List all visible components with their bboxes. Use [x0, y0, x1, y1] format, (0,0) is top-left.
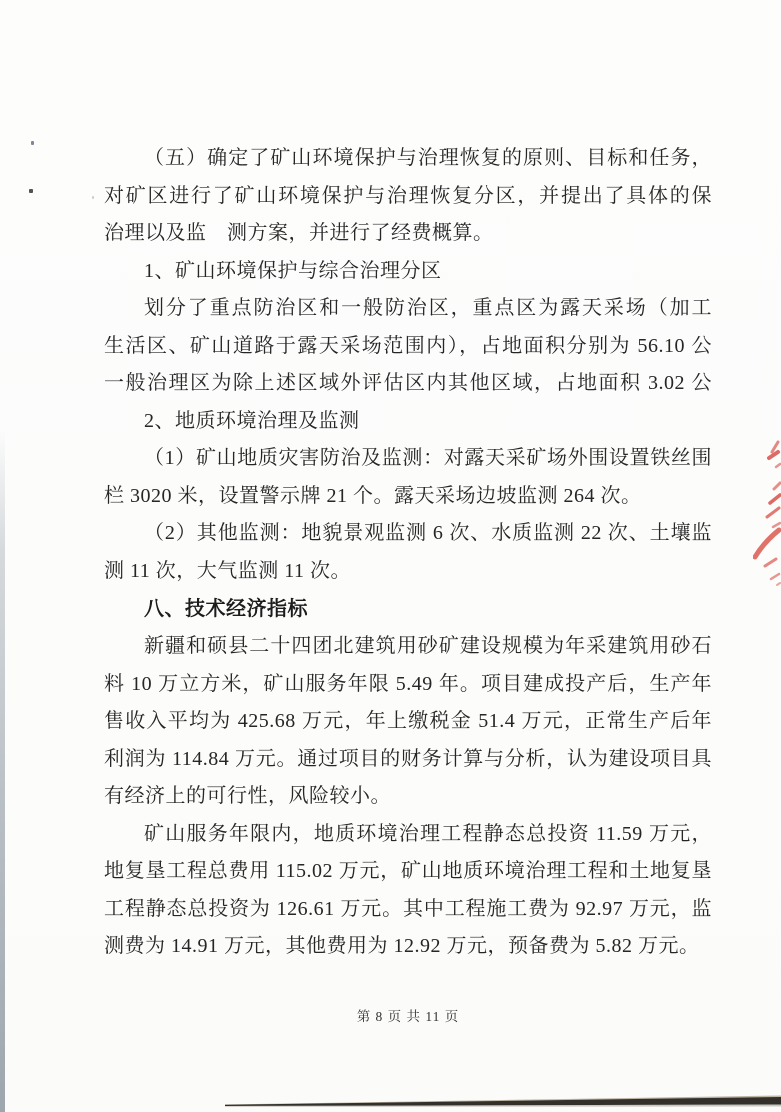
scan-dust-speck: [31, 141, 34, 145]
text-line: （1）矿山地质灾害防治及监测：对露天采矿场外围设置铁丝围: [104, 440, 712, 478]
text-line: 利润为 114.84 万元。通过项目的财务计算与分析，认为建设项目具: [104, 741, 712, 779]
scan-edge-bottom-wedge: [225, 1094, 781, 1112]
text-line: （2）其他监测：地貌景观监测 6 次、水质监测 22 次、土壤监: [104, 515, 712, 553]
text-line: 工程静态总投资为 126.61 万元。其中工程施工费为 92.97 万元，监: [104, 891, 712, 929]
section-heading: 1、矿山环境保护与综合治理分区: [104, 253, 712, 291]
text-line: 测费为 14.91 万元，其他费用为 12.92 万元，预备费为 5.82 万元…: [104, 928, 712, 966]
text-line: 售收入平均为 425.68 万元，年上缴税金 51.4 万元，正常生产后年净: [104, 703, 712, 741]
page-number: 第 8 页 共 11 页: [104, 1005, 712, 1025]
text-line: 地复垦工程总费用 115.02 万元，矿山地质环境治理工程和土地复垦: [104, 853, 712, 891]
red-stamp-seal-fragment: [753, 433, 781, 589]
text-line: 栏 3020 米，设置警示牌 21 个。露天采场边坡监测 264 次。: [104, 478, 712, 516]
text-line: 一般治理区为除上述区域外评估区内其他区域，占地面积 3.02 公顷。: [104, 365, 712, 403]
text-line: 对矿区进行了矿山环境保护与治理恢复分区，并提出了具体的保护、: [104, 178, 712, 216]
text-line: 料 10 万立方米，矿山服务年限 5.49 年。项目建成投产后，生产年销: [104, 666, 712, 704]
text-line: 治理以及监 测方案，并进行了经费概算。: [104, 215, 712, 253]
scan-edge-left-strip: [0, 428, 5, 1112]
scan-dust-speck: [92, 196, 94, 199]
scanned-document-page: （五）确定了矿山环境保护与治理恢复的原则、目标和任务， 对矿区进行了矿山环境保护…: [0, 0, 781, 1112]
text-line: 生活区、矿山道路于露天采场范围内），占地面积分别为 56.10 公顷。: [104, 328, 712, 366]
text-line: 新疆和硕县二十四团北建筑用砂矿建设规模为年采建筑用砂石: [104, 628, 712, 666]
text-line: 有经济上的可行性，风险较小。: [104, 778, 712, 816]
chapter-heading: 八、技术经济指标: [104, 591, 712, 629]
scan-dust-speck: [29, 189, 33, 193]
text-line: 划分了重点防治区和一般防治区，重点区为露天采场（加工区、: [104, 290, 712, 328]
document-body: （五）确定了矿山环境保护与治理恢复的原则、目标和任务， 对矿区进行了矿山环境保护…: [104, 140, 712, 966]
text-line: 矿山服务年限内，地质环境治理工程静态总投资 11.59 万元，土: [104, 816, 712, 854]
text-line: （五）确定了矿山环境保护与治理恢复的原则、目标和任务，: [104, 140, 712, 178]
section-heading: 2、地质环境治理及监测: [104, 403, 712, 441]
text-line: 测 11 次，大气监测 11 次。: [104, 553, 712, 591]
